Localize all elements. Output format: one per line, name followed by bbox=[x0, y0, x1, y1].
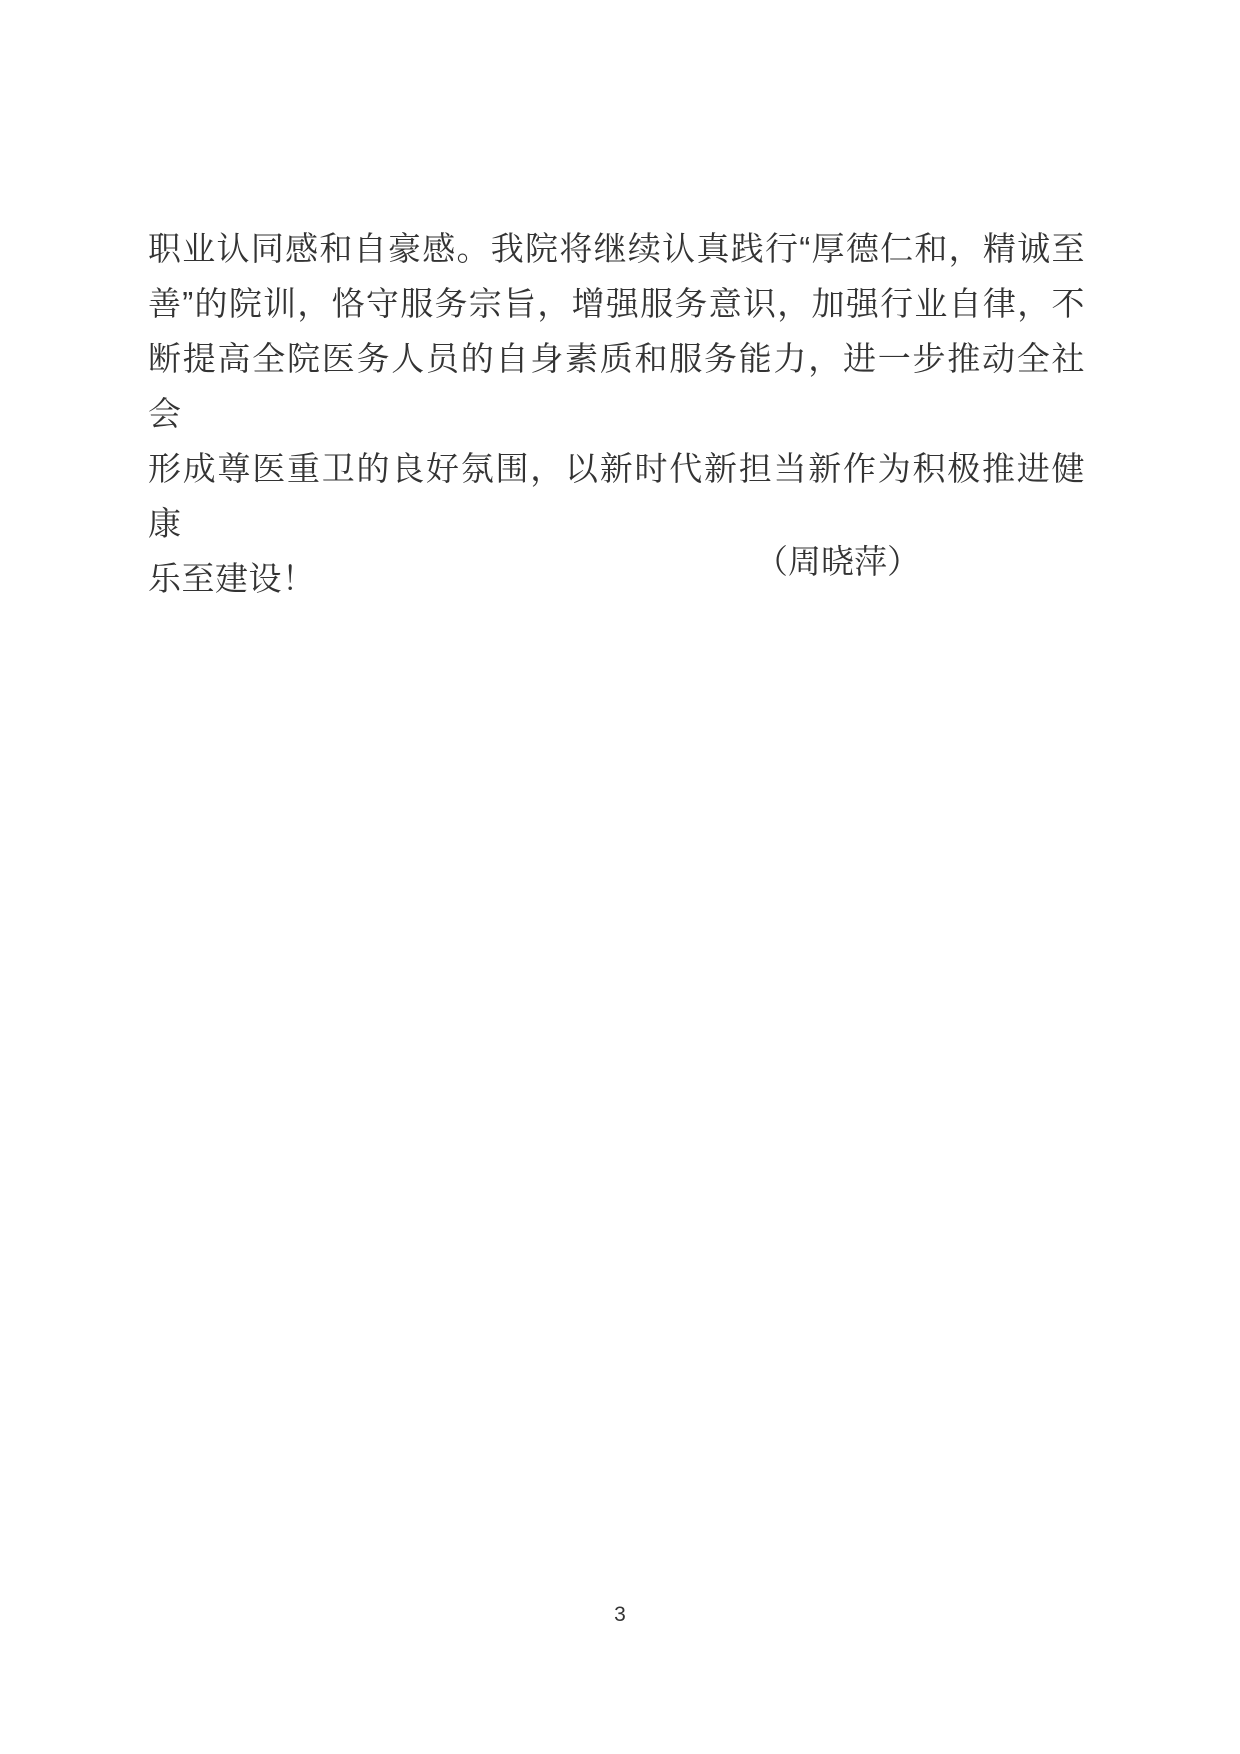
signature-line: （周晓萍） bbox=[148, 540, 1085, 584]
signature-name: （周晓萍） bbox=[755, 540, 920, 584]
document-page: 职业认同感和自豪感。我院将继续认真践行“厚德仁和，精诚至 善”的院训，恪守服务宗… bbox=[0, 0, 1240, 1754]
paragraph-line: 善”的院训，恪守服务宗旨，增强服务意识，加强行业自律，不 bbox=[148, 276, 1085, 331]
page-number: 3 bbox=[0, 1600, 1240, 1630]
paragraph-line: 断提高全院医务人员的自身素质和服务能力，进一步推动全社会 bbox=[148, 331, 1085, 441]
paragraph-line: 形成尊医重卫的良好氛围，以新时代新担当新作为积极推进健康 bbox=[148, 441, 1085, 551]
paragraph-line: 职业认同感和自豪感。我院将继续认真践行“厚德仁和，精诚至 bbox=[148, 221, 1085, 276]
